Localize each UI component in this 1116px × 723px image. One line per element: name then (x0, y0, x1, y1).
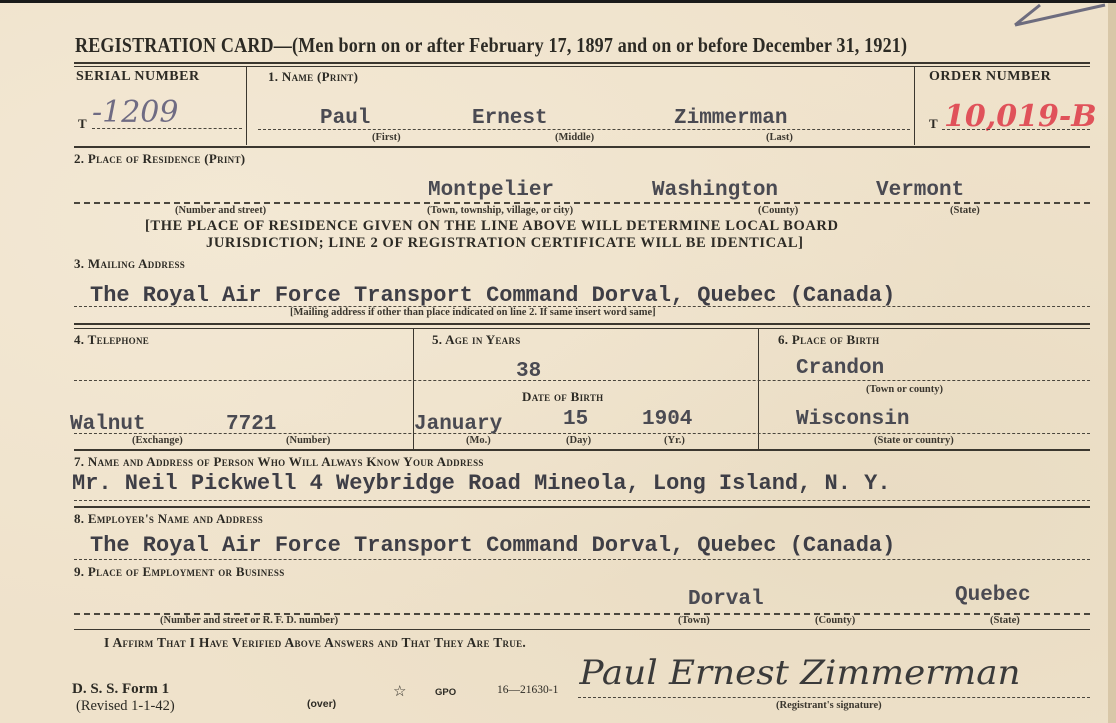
first-caption: (First) (372, 132, 401, 143)
serial-underline (92, 128, 242, 129)
residence-label: 2. Place of Residence (Print) (74, 151, 245, 167)
birth-state-caption: (State or country) (874, 435, 954, 446)
affirmation: I Affirm That I Have Verified Above Answ… (104, 635, 526, 651)
signature-line (578, 697, 1090, 698)
gpo-mark: GPO (435, 687, 456, 698)
mailing-label: 3. Mailing Address (74, 256, 185, 272)
middle-name: Ernest (472, 107, 548, 130)
jurisdiction-notice-1: [THE PLACE OF RESIDENCE GIVEN ON THE LIN… (145, 218, 839, 235)
number-caption: (Number) (286, 435, 330, 446)
divider (74, 328, 1090, 329)
print-code: 16—21630-1 (497, 684, 558, 696)
age-value: 38 (516, 360, 541, 383)
order-prefix: T (929, 116, 938, 132)
telephone-label: 4. Telephone (74, 332, 149, 348)
name-label: 1. Name (Print) (268, 69, 358, 85)
divider (914, 67, 915, 145)
serial-prefix: T (78, 116, 87, 132)
divider (246, 67, 247, 145)
employer-underline (74, 559, 1090, 560)
divider (74, 62, 1090, 64)
signature-caption: (Registrant's signature) (776, 700, 882, 711)
middle-caption: (Middle) (555, 132, 594, 143)
dob-label: Date of Birth (522, 389, 603, 405)
dob-month: January (414, 413, 502, 436)
divider (74, 449, 1090, 451)
serial-number-label: SERIAL NUMBER (76, 69, 200, 85)
street-caption: (Number and street) (175, 205, 266, 216)
divider (74, 66, 1090, 67)
divider (758, 329, 759, 449)
mailing-caption: [Mailing address if other than place ind… (290, 307, 656, 318)
birthplace-label: 6. Place of Birth (778, 332, 879, 348)
registrant-signature: Paul Ernest Zimmerman (580, 653, 1021, 693)
employment-town-caption: (Town) (678, 615, 710, 626)
age-label: 5. Age in Years (432, 332, 521, 348)
state-caption: (State) (950, 205, 980, 216)
exchange-caption: (Exchange) (132, 435, 183, 446)
form-revised: (Revised 1-1-42) (76, 698, 175, 715)
divider (74, 506, 1090, 508)
telephone-line (74, 380, 1090, 381)
form-number: D. S. S. Form 1 (72, 681, 169, 698)
residence-county: Washington (652, 179, 778, 202)
over-note: (over) (307, 698, 336, 710)
divider (74, 323, 1090, 325)
employment-street-caption: (Number and street or R. F. D. number) (160, 615, 338, 626)
serial-number-value: -1209 (92, 95, 178, 130)
employment-town: Dorval (688, 588, 764, 611)
employment-state: Quebec (955, 584, 1031, 607)
residence-underline (74, 202, 1090, 204)
last-name: Zimmerman (674, 107, 787, 130)
birth-town-caption: (Town or county) (866, 384, 943, 395)
employer-label: 8. Employer's Name and Address (74, 511, 263, 527)
employment-state-caption: (State) (990, 615, 1020, 626)
card-edge (1108, 3, 1116, 723)
residence-state: Vermont (876, 179, 964, 202)
contact-underline (74, 500, 1090, 501)
last-caption: (Last) (766, 132, 793, 143)
registration-card: REGISTRATION CARD—(Men born on or after … (0, 3, 1116, 723)
year-caption: (Yr.) (664, 435, 685, 446)
pen-mark-icon (1010, 3, 1110, 27)
employment-place-label: 9. Place of Employment or Business (74, 564, 285, 580)
jurisdiction-notice-2: JURISDICTION; LINE 2 OF REGISTRATION CER… (206, 235, 804, 252)
order-underline (942, 129, 1090, 130)
row-underline (74, 433, 1090, 434)
county-caption: (County) (758, 205, 798, 216)
dob-day: 15 (563, 408, 588, 431)
divider (74, 629, 1090, 630)
card-title: REGISTRATION CARD—(Men born on or after … (75, 33, 907, 58)
first-name: Paul (320, 107, 370, 130)
dob-year: 1904 (642, 408, 692, 431)
divider (74, 146, 1090, 148)
month-caption: (Mo.) (466, 435, 491, 446)
employment-county-caption: (County) (815, 615, 855, 626)
employer-value: The Royal Air Force Transport Command Do… (90, 533, 895, 558)
day-caption: (Day) (566, 435, 591, 446)
residence-town: Montpelier (428, 179, 554, 202)
mailing-address: The Royal Air Force Transport Command Do… (90, 283, 895, 308)
star-icon: ☆ (393, 682, 406, 701)
birth-town: Crandon (796, 357, 884, 380)
birth-state: Wisconsin (796, 408, 909, 431)
order-number-label: ORDER NUMBER (929, 69, 1051, 85)
contact-label: 7. Name and Address of Person Who Will A… (74, 454, 484, 470)
contact-value: Mr. Neil Pickwell 4 Weybridge Road Mineo… (72, 471, 891, 496)
town-caption: (Town, township, village, or city) (427, 205, 573, 216)
